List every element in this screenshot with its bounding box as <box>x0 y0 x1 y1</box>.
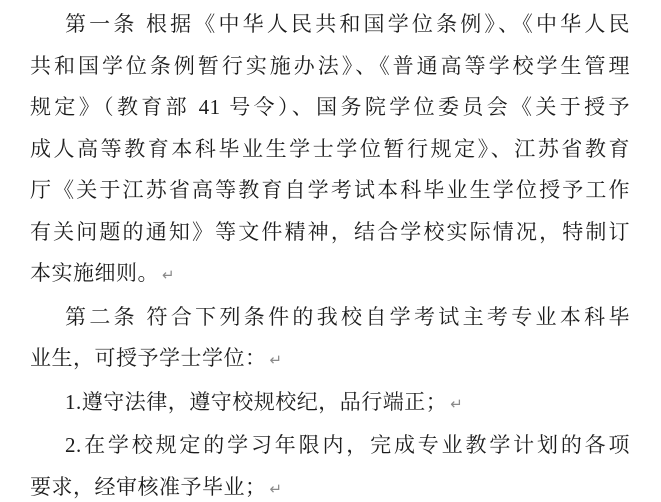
paragraph-mark-icon: ↵ <box>270 480 283 498</box>
document-body: 第一条 根据《中华人民共和国学位条例》、《中华人民共和国学位条例暂行实施办法》、… <box>30 4 630 502</box>
text-line: 共和国学位条例暂行实施办法》、《普通高等学校学生管理 <box>30 46 630 88</box>
line-text: 共和国学位条例暂行实施办法》、《普通高等学校学生管理 <box>30 54 630 78</box>
line-text: 厅《关于江苏省高等教育自学考试本科毕业生学位授予工作 <box>30 178 630 202</box>
line-text: 有关问题的通知》等文件精神，结合学校实际情况，特制订 <box>30 220 630 244</box>
line-text: 本实施细则。 <box>30 261 159 285</box>
document-page: 第一条 根据《中华人民共和国学位条例》、《中华人民共和国学位条例暂行实施办法》、… <box>0 0 661 502</box>
paragraph-item-1: 1.遵守法律，遵守校规校纪，品行端正；↵ <box>30 382 630 426</box>
paragraph-article-2: 第二条 符合下列条件的我校自学考试主考专业本科毕业生，可授予学士学位：↵ <box>30 297 630 382</box>
text-line: 要求，经审核准予毕业；↵ <box>30 467 630 502</box>
text-line: 第二条 符合下列条件的我校自学考试主考专业本科毕 <box>30 297 630 339</box>
text-line: 厅《关于江苏省高等教育自学考试本科毕业生学位授予工作 <box>30 170 630 212</box>
text-line: 规定》（教育部 41 号令）、国务院学位委员会《关于授予 <box>30 87 630 129</box>
line-text: 1.遵守法律，遵守校规校纪，品行端正； <box>65 390 447 414</box>
paragraph-mark-icon: ↵ <box>450 395 463 413</box>
text-line: 本实施细则。↵ <box>30 253 630 297</box>
paragraph-mark-icon: ↵ <box>270 351 283 369</box>
text-line: 第一条 根据《中华人民共和国学位条例》、《中华人民 <box>30 4 630 46</box>
paragraph-article-1: 第一条 根据《中华人民共和国学位条例》、《中华人民共和国学位条例暂行实施办法》、… <box>30 4 630 297</box>
line-text: 业生，可授予学士学位： <box>30 346 267 370</box>
paragraph-item-2: 2.在学校规定的学习年限内，完成专业教学计划的各项要求，经审核准予毕业；↵ <box>30 425 630 502</box>
text-line: 1.遵守法律，遵守校规校纪，品行端正；↵ <box>30 382 630 426</box>
line-text: 要求，经审核准予毕业； <box>30 475 267 499</box>
text-line: 业生，可授予学士学位：↵ <box>30 338 630 382</box>
paragraph-mark-icon: ↵ <box>162 266 175 284</box>
line-text: 规定》（教育部 41 号令）、国务院学位委员会《关于授予 <box>30 95 630 119</box>
line-text: 成人高等教育本科毕业生学士学位暂行规定》、江苏省教育 <box>30 137 630 161</box>
text-line: 有关问题的通知》等文件精神，结合学校实际情况，特制订 <box>30 212 630 254</box>
line-text: 第二条 符合下列条件的我校自学考试主考专业本科毕 <box>65 305 630 329</box>
text-line: 成人高等教育本科毕业生学士学位暂行规定》、江苏省教育 <box>30 129 630 171</box>
line-text: 2.在学校规定的学习年限内，完成专业教学计划的各项 <box>65 433 630 457</box>
text-line: 2.在学校规定的学习年限内，完成专业教学计划的各项 <box>30 425 630 467</box>
line-text: 第一条 根据《中华人民共和国学位条例》、《中华人民 <box>65 12 630 36</box>
